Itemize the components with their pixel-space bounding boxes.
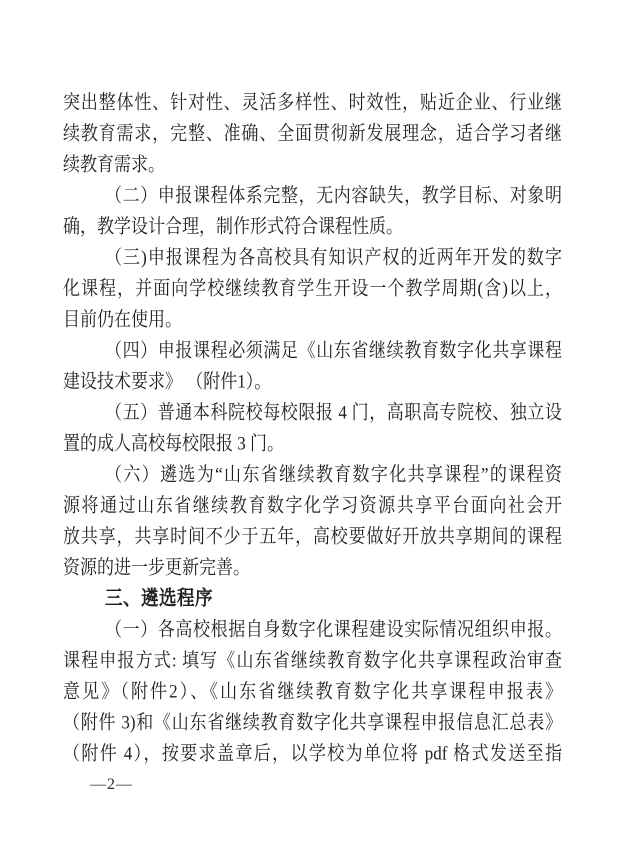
text-line: （五）普通本科院校每校限报 4 门，高职高专院校、独立设 — [63, 395, 562, 430]
text-line: 续教育需求。 — [63, 147, 562, 182]
text-line: 续教育需求，完整、准确、全面贯彻新发展理念，适合学习者继 — [63, 116, 562, 151]
text-line: 课程申报方式: 填写《山东省继续教育数字化共享课程政治审查 — [63, 643, 562, 678]
text-line: 目前仍在使用。 — [63, 302, 562, 337]
text-line: （一）各高校根据自身数字化课程建设实际情况组织申报。 — [63, 612, 562, 647]
text-line: （二）申报课程体系完整，无内容缺失，教学目标、对象明 — [63, 178, 562, 213]
text-line: （三)申报课程为各高校具有知识产权的近两年开发的数字 — [63, 240, 562, 275]
text-line: （六）遴选为“山东省继续教育数字化共享课程”的课程资 — [63, 457, 562, 492]
text-line: 突出整体性、针对性、灵活多样性、时效性，贴近企业、行业继 — [63, 85, 562, 120]
text-line: 放共享，共享时间不少于五年，高校要做好开放共享期间的课程 — [63, 519, 562, 554]
text-line: 资源的进一步更新完善。 — [63, 550, 562, 585]
text-line: 确，教学设计合理，制作形式符合课程性质。 — [63, 209, 562, 244]
document-body: 突出整体性、针对性、灵活多样性、时效性，贴近企业、行业继续教育需求，完整、准确、… — [63, 87, 562, 769]
text-line: 意见》（附件2）、《山东省继续教育数字化共享课程申报表》 — [63, 674, 562, 709]
text-line: 置的成人高校每校限报 3 门。 — [63, 426, 562, 461]
text-line: 建设技术要求》 （附件1）。 — [63, 364, 562, 399]
text-line: （四）申报课程必须满足《山东省继续教育数字化共享课程 — [63, 333, 562, 368]
text-line: 化课程，并面向学校继续教育学生开设一个教学周期(含)以上， — [63, 271, 562, 306]
document-page: 突出整体性、针对性、灵活多样性、时效性，贴近企业、行业继续教育需求，完整、准确、… — [0, 0, 625, 857]
text-line: （附件 3)和《山东省继续教育数字化共享课程申报信息汇总表》 — [63, 705, 562, 740]
text-line: （附件 4），按要求盖章后，以学校为单位将 pdf 格式发送至指 — [63, 736, 562, 771]
text-line: 源将通过山东省继续教育数字化学习资源共享平台面向社会开 — [63, 488, 562, 523]
section-heading: 三、遴选程序 — [63, 581, 562, 616]
page-number: —2— — [90, 772, 133, 798]
